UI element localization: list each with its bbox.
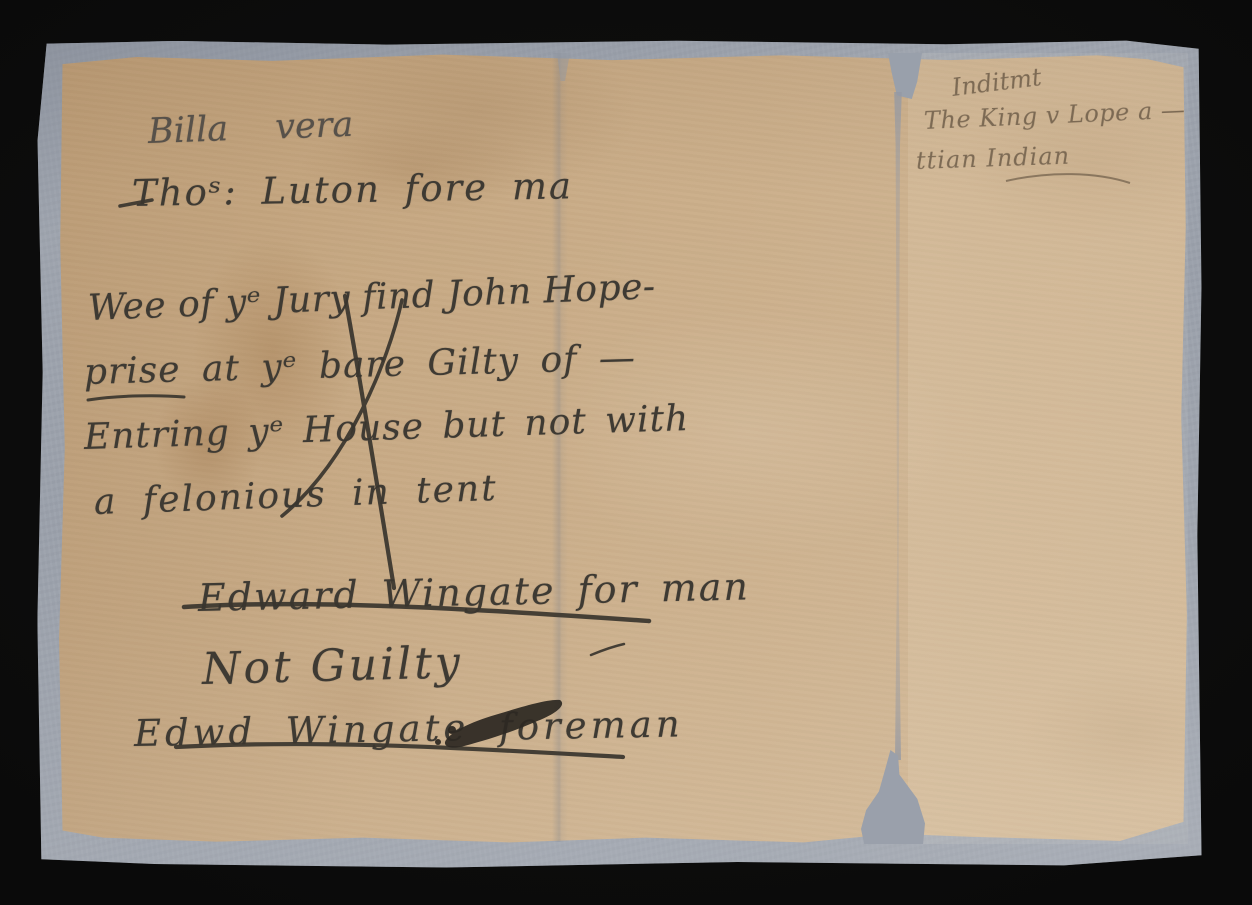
scanned-document-photo: Billa vera Thoˢ: Luton fore ma Wee of yᵉ…	[0, 0, 1252, 905]
fold-seam-left	[552, 53, 568, 842]
document-paper	[58, 53, 1188, 844]
